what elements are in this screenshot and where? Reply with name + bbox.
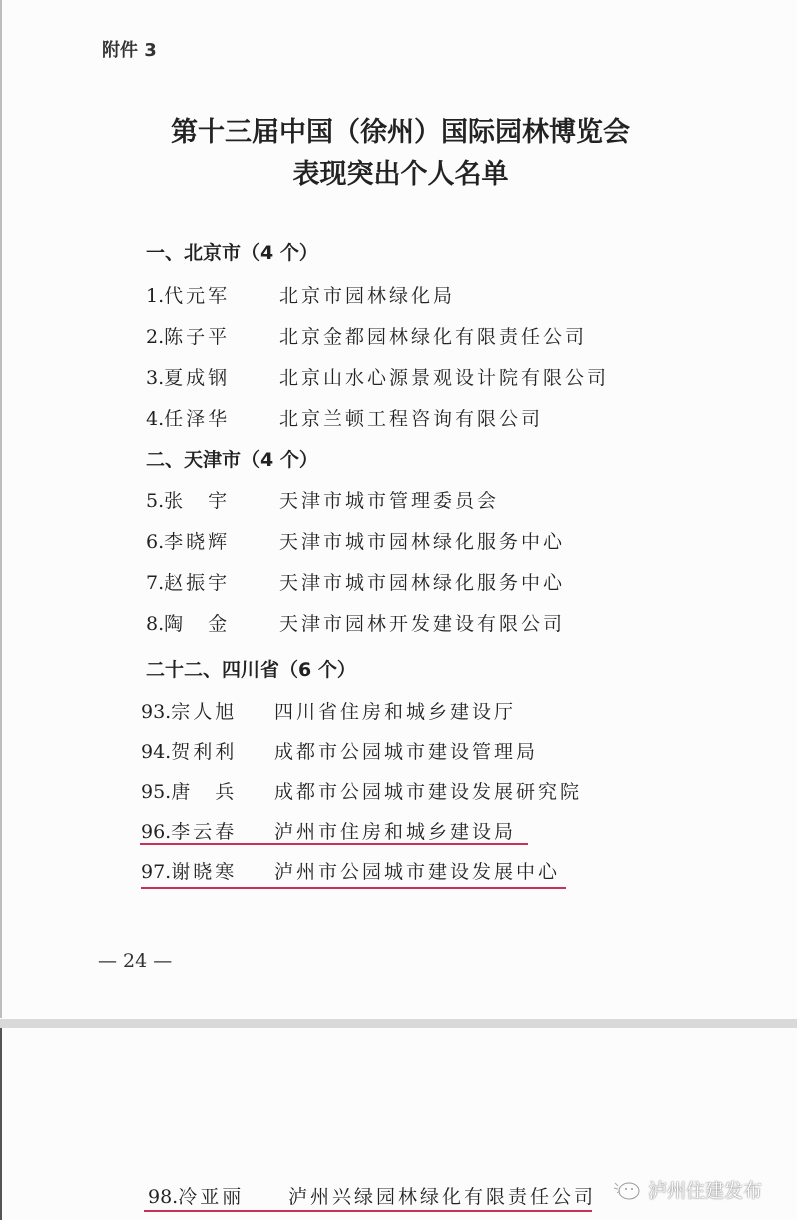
entry-name: 陈子平 xyxy=(164,322,230,349)
entry-org: 天津市城市管理委员会 xyxy=(279,486,499,513)
entry-number: 93. xyxy=(141,701,171,723)
entry-name: 张 宇 xyxy=(164,486,230,513)
entry-org: 天津市城市园林绿化服务中心 xyxy=(279,527,565,554)
section-heading-tianjin: 二、天津市（4 个） xyxy=(146,445,318,472)
entry-org: 北京金都园林绿化有限责任公司 xyxy=(279,322,587,349)
watermark-text: 泸州住建发布 xyxy=(648,1176,762,1203)
list-item: 4.任泽华 北京兰顿工程咨询有限公司 xyxy=(146,404,230,431)
entry-name: 唐 兵 xyxy=(171,777,237,804)
entry-number: 6. xyxy=(146,531,164,553)
list-item-highlighted: 97.谢晓寒 泸州市公园城市建设发展中心 xyxy=(141,857,237,884)
document-title-line1: 第十三届中国（徐州）国际园林博览会 xyxy=(2,110,797,149)
page-number: — 24 — xyxy=(98,950,172,972)
entry-number: 1. xyxy=(146,285,164,307)
document-page-24: 附件 3 第十三届中国（徐州）国际园林博览会 表现突出个人名单 一、北京市（4 … xyxy=(0,0,797,1018)
section-heading-sichuan: 二十二、四川省（6 个） xyxy=(146,655,356,682)
wechat-logo-icon xyxy=(612,1179,642,1201)
section-heading-beijing: 一、北京市（4 个） xyxy=(146,238,318,265)
entry-org: 泸州市住房和城乡建设局 xyxy=(274,817,516,844)
entry-number: 94. xyxy=(141,741,171,763)
list-item: 7.赵振宇 天津市城市园林绿化服务中心 xyxy=(146,568,230,595)
entry-org: 成都市公园城市建设发展研究院 xyxy=(274,777,582,804)
entry-name: 贺利利 xyxy=(171,737,237,764)
red-underline xyxy=(141,887,566,889)
list-item: 3.夏成钢 北京山水心源景观设计院有限公司 xyxy=(146,363,230,390)
attachment-label: 附件 3 xyxy=(102,36,157,62)
entry-name: 陶 金 xyxy=(164,609,230,636)
entry-number: 98. xyxy=(148,1186,178,1208)
entry-number: 95. xyxy=(141,781,171,803)
page-separator xyxy=(0,1019,797,1028)
entry-number: 5. xyxy=(146,490,164,512)
entry-org: 泸州市公园城市建设发展中心 xyxy=(274,857,560,884)
entry-name: 李云春 xyxy=(171,817,237,844)
entry-name: 李晓辉 xyxy=(164,527,230,554)
entry-number: 3. xyxy=(146,367,164,389)
wechat-watermark: 泸州住建发布 xyxy=(612,1176,762,1203)
entry-number: 2. xyxy=(146,326,164,348)
list-item: 95.唐 兵 成都市公园城市建设发展研究院 xyxy=(141,777,237,804)
list-item: 93.宗人旭 四川省住房和城乡建设厅 xyxy=(141,697,237,724)
entry-number: 97. xyxy=(141,861,171,883)
list-item: 94.贺利利 成都市公园城市建设管理局 xyxy=(141,737,237,764)
entry-number: 4. xyxy=(146,408,164,430)
document-title-line2: 表现突出个人名单 xyxy=(2,152,797,191)
list-item: 6.李晓辉 天津市城市园林绿化服务中心 xyxy=(146,527,230,554)
entry-name: 冷亚丽 xyxy=(178,1182,244,1209)
entry-name: 夏成钢 xyxy=(164,363,230,390)
entry-org: 成都市公园城市建设管理局 xyxy=(274,737,538,764)
list-item-highlighted: 98.冷亚丽 泸州兴绿园林绿化有限责任公司 xyxy=(148,1182,244,1209)
entry-number: 8. xyxy=(146,613,164,635)
entry-name: 任泽华 xyxy=(164,404,230,431)
red-underline xyxy=(144,1210,592,1212)
list-item: 1.代元军 北京市园林绿化局 xyxy=(146,281,230,308)
red-underline xyxy=(140,843,528,845)
entry-number: 7. xyxy=(146,572,164,594)
entry-org: 北京山水心源景观设计院有限公司 xyxy=(279,363,609,390)
list-item: 5.张 宇 天津市城市管理委员会 xyxy=(146,486,230,513)
entry-org: 北京市园林绿化局 xyxy=(279,281,455,308)
entry-org: 泸州兴绿园林绿化有限责任公司 xyxy=(288,1182,596,1209)
list-item: 2.陈子平 北京金都园林绿化有限责任公司 xyxy=(146,322,230,349)
entry-number: 96. xyxy=(141,821,171,843)
entry-name: 谢晓寒 xyxy=(171,857,237,884)
entry-org: 四川省住房和城乡建设厅 xyxy=(274,697,516,724)
entry-org: 天津市园林开发建设有限公司 xyxy=(279,609,565,636)
list-item: 8.陶 金 天津市园林开发建设有限公司 xyxy=(146,609,230,636)
entry-name: 赵振宇 xyxy=(164,568,230,595)
entry-org: 北京兰顿工程咨询有限公司 xyxy=(279,404,543,431)
list-item-highlighted: 96.李云春 泸州市住房和城乡建设局 xyxy=(141,817,237,844)
entry-name: 宗人旭 xyxy=(171,697,237,724)
entry-org: 天津市城市园林绿化服务中心 xyxy=(279,568,565,595)
entry-name: 代元军 xyxy=(164,281,230,308)
